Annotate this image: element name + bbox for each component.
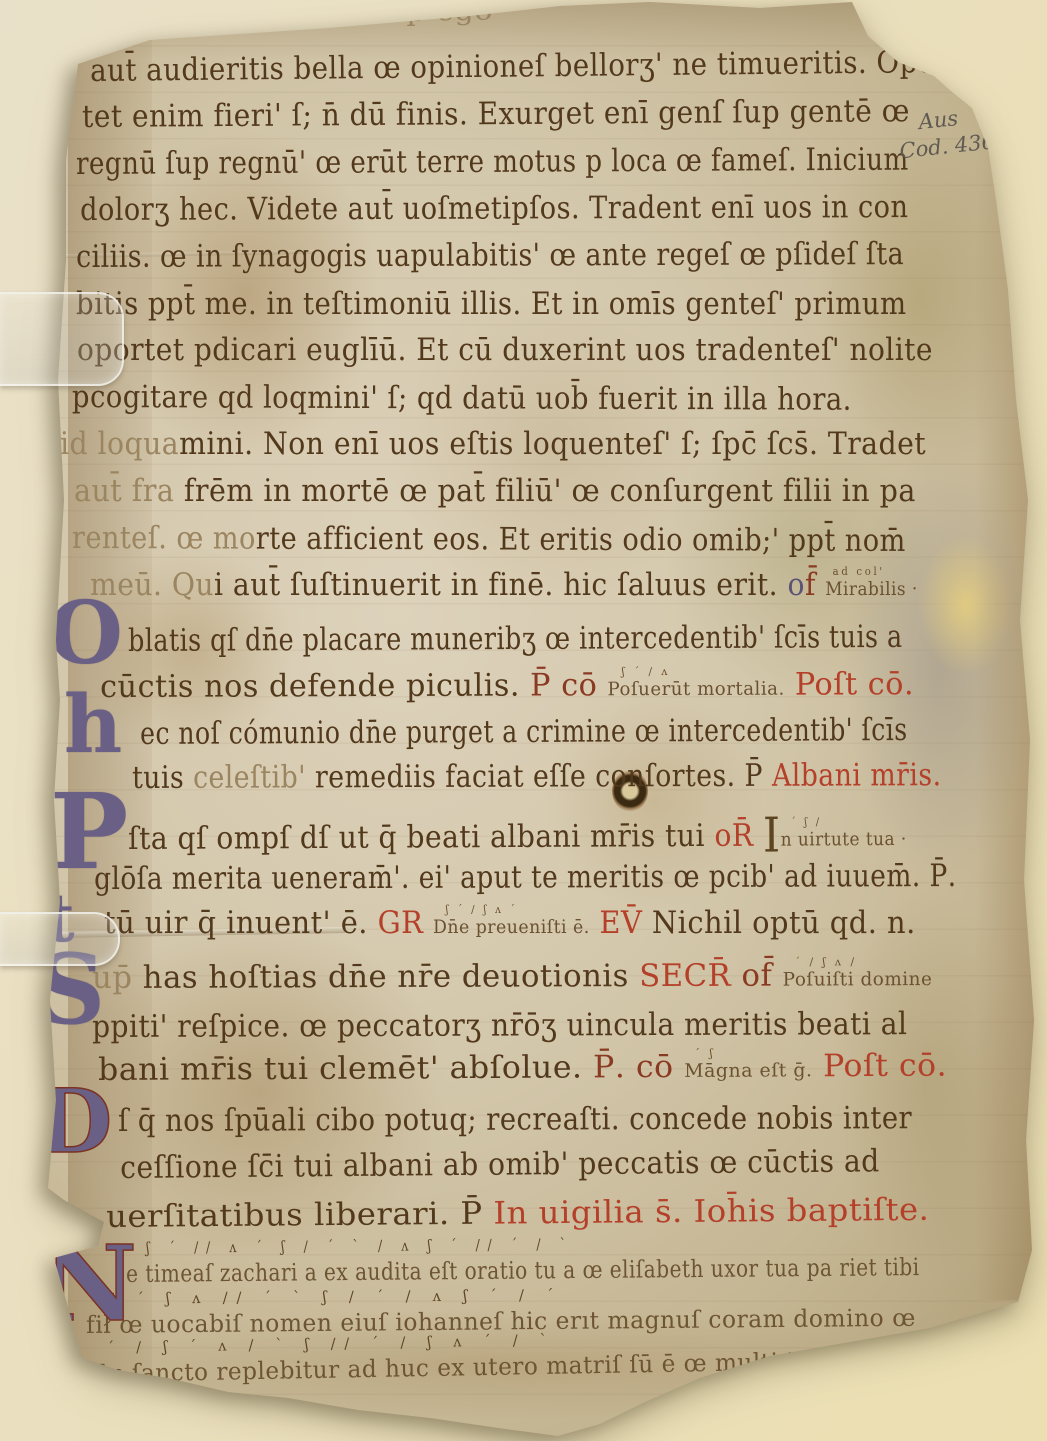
text-line-13: meū. Qui aut̄ ſuſtinuerit in finē. hic ſ…	[90, 570, 918, 601]
text-segment: I	[763, 808, 781, 864]
text-line-8: oportet pdicari euglīū. Et cū duxerint u…	[77, 335, 933, 366]
text-segment: Poſt cō.	[812, 1048, 947, 1085]
text-line-4: regnū ſup regnū' œ erūt terre motus p lo…	[76, 145, 909, 180]
text-segment: ceſſione ſc̄i tui albani ab omib' peccat…	[120, 1143, 880, 1186]
text-segment: GR	[378, 905, 433, 941]
text-segment: tuis	[132, 760, 193, 796]
text-segment: id loqua	[60, 426, 179, 462]
text-segment: Māgna eſt ḡ.ˊ ʃ	[684, 1060, 812, 1082]
text-segment: has hoſtias dn̄e nr̄e deuotionis	[143, 958, 640, 996]
text-line-9: pcogitare qd loqmini' ſ; qd datū uob̄ fu…	[72, 382, 852, 416]
text-segment: blatis qſ dn̄e placare muneribʒ œ interc…	[128, 619, 903, 659]
text-line-16: ec noſ cómunio dn̄e purget a crimine œ i…	[140, 715, 908, 750]
text-segment: ppiti' reſpice. œ peccatorʒ nr̄ōʒ uincul…	[92, 1006, 907, 1045]
text-segment: remediis faciat eſſe conſortes. P̄	[306, 758, 772, 796]
text-segment: Nichil optū qd. n.	[652, 905, 916, 941]
text-segment: n uirtute tua ·ˊ ʃ ∕	[781, 829, 907, 851]
text-line-15: cūctis nos defende piculis. P̄ cō Poſuer…	[100, 669, 914, 703]
text-segment: ıım ın nıea enıneſ p ego	[120, 0, 493, 32]
text-segment: ciliis. œ in ſynagogis uapulabitis' œ an…	[76, 236, 904, 275]
text-segment: aut̄ fra	[74, 473, 184, 509]
text-segment: P̄. cō	[593, 1049, 684, 1085]
neume-row: ∕ ˊ ʃ ʌ ∕∕ ˊ ˋ ʃ ∕ ˊ ∕ ʌ ʃ ˊ ∕ ˊ	[109, 1288, 562, 1307]
text-segment: i aut̄ ſuſtinuerit in finē. hic ſaluus e…	[214, 567, 787, 603]
decorated-initial-O: O	[48, 600, 123, 669]
decorated-initial-D: D	[36, 1086, 112, 1156]
text-segment: pcogitare qd loqmini' ſ; qd datū uob̄ fu…	[72, 379, 852, 418]
interlinear-marks: ˊ ʃ	[694, 1048, 715, 1059]
text-segment: ſta qſ ompſ dſ ut q̄ beati albani mr̄is …	[128, 818, 714, 857]
mounting-clip-top	[0, 292, 124, 386]
text-segment: cūctis nos defende piculis.	[100, 667, 530, 705]
stain-yellow-patch	[918, 535, 1013, 675]
text-line-12: renteſ. œ morte afficient eos. Et eritis…	[72, 523, 906, 557]
interlinear-marks: ˊ ʃ ∕	[791, 816, 822, 827]
mounting-clip-bottom	[0, 912, 120, 966]
text-segment: regnū ſup regnū' œ erūt terre motus p lo…	[76, 142, 909, 182]
text-segment: Dn̄e preueniſti ē.ʃ ˊ ∕ ʃ ʌ ˊ	[433, 917, 590, 938]
text-line-19: glōſa merita ueneram̄'. ei' aput te meri…	[94, 861, 957, 895]
text-line-1: ıım ın nıea enıneſ p ego	[120, 0, 493, 30]
decorated-initial-h: h	[64, 692, 122, 756]
text-segment: rte afficient eos. Et eritis odio omib;'…	[256, 521, 906, 559]
text-segment: celeſtib'	[193, 759, 306, 795]
neume-row: ʃ ˊ ∕∕ ʌ ˊ ʃ ∕ ˊ ˋ ∕ ʌ ʃ ˊ ∕∕ ˊ ∕ ˋ	[146, 1237, 574, 1256]
text-segment: of̄	[741, 958, 782, 994]
text-segment: mini. Non enī uos eſtis loquenteſ' ſ; ſp…	[179, 426, 926, 462]
text-segment: Poſuerūt mortalia.ʃ ˊ ∕ ʌ	[607, 679, 784, 701]
photo-backdrop: ıım ın nıea enıneſ p egoaut̄ audieritis …	[0, 0, 1047, 1441]
interlinear-marks: ˊ ∕ ʃ ʌ ∕	[795, 956, 858, 967]
text-segment: uerſitatibus liberari. P̄	[106, 1196, 494, 1235]
text-segment: tet enim fieri' ſ; n̄ dū finis. Exurget …	[82, 93, 910, 135]
parchment: ıım ın nıea enıneſ p egoaut̄ audieritis …	[0, 0, 1047, 1441]
text-segment: Mirabilis ·ad col'	[825, 579, 917, 600]
text-segment: dolorʒ hec. Videte aut̄ uoſmetipſos. Tra…	[80, 189, 908, 228]
text-line-3: tet enim fieri' ſ; n̄ dū finis. Exurget …	[82, 96, 910, 133]
text-segment: tū uir q̄ inuent' ē.	[104, 905, 378, 941]
text-line-17: tuis celeſtib' remediis faciat eſſe conſ…	[132, 760, 942, 794]
decorated-initial-N: N	[42, 1242, 137, 1325]
text-segment: P̄ cō	[530, 667, 607, 703]
text-segment: f̄	[805, 567, 825, 603]
text-line-5: dolorʒ hec. Videte aut̄ uoſmetipſos. Tra…	[80, 192, 908, 226]
text-segment: o	[788, 567, 805, 603]
decorated-initial-P: P	[50, 790, 128, 873]
text-segment: bani mr̄is tui clemēt' abſolue.	[98, 1049, 593, 1088]
stain-right-edge	[975, 90, 1037, 1300]
text-line-24: ſ q̄ nos ſpūali cibo potuq; recreaſti. c…	[118, 1103, 912, 1137]
text-segment: aut̄ audieritis bella œ opinioneſ bellor…	[90, 44, 935, 89]
text-segment: oportet pdicari euglīū. Et cū duxerint u…	[77, 332, 933, 368]
text-segment: SECR̄	[639, 958, 741, 994]
text-line-27: e timeaſ zachari a ex audita eſt oratio …	[126, 1255, 920, 1286]
text-segment: ſ q̄ nos ſpūali cibo potuq; recreaſti. c…	[118, 1100, 912, 1139]
text-segment: oR̄	[714, 818, 763, 854]
text-segment: Poſuiſti domineˊ ∕ ʃ ʌ ∕	[783, 969, 933, 991]
text-segment: frēm in mortē œ pat̄ filiū' œ conſurgent…	[184, 473, 916, 509]
text-segment: In uigilia s̄. Ioh̄is baptiſte.	[493, 1192, 929, 1232]
text-line-25: ceſſione ſc̄i tui albani ab omib' peccat…	[120, 1146, 880, 1184]
text-line-14: blatis qſ dn̄e placare muneribʒ œ interc…	[128, 622, 903, 657]
text-line-2: aut̄ audieritis bella œ opinioneſ bellor…	[90, 47, 935, 87]
text-line-26: uerſitatibus liberari. P̄ In uigilia s̄.…	[106, 1195, 930, 1233]
text-segment: bitis ppt̄ me. in teſtimoniū illis. Et i…	[76, 286, 907, 322]
text-segment: renteſ. œ mo	[72, 520, 256, 557]
interlinear-marks: ʃ ˊ ∕ ʃ ʌ ˊ	[446, 904, 518, 915]
text-segment: EV̄	[590, 905, 652, 941]
text-segment: Poſt cō.	[785, 666, 915, 702]
text-line-23: bani mr̄is tui clemēt' abſolue. P̄. cō M…	[98, 1051, 947, 1086]
text-line-6: ciliis. œ in ſynagogis uapulabitis' œ an…	[76, 239, 904, 273]
interlinear-marks: ad col'	[833, 566, 885, 577]
text-segment: Albani mr̄is.	[772, 757, 942, 794]
interlinear-marks: ʃ ˊ ∕ ʌ	[622, 666, 671, 677]
text-segment: e timeaſ zachari a ex audita eſt oratio …	[126, 1253, 920, 1288]
text-line-22: ppiti' reſpice. œ peccatorʒ nr̄ōʒ uincul…	[92, 1009, 907, 1043]
text-line-20: tū uir q̄ inuent' ē. GR Dn̄e preueniſti …	[104, 908, 916, 939]
text-line-10: id loquamini. Non enī uos eſtis loquente…	[60, 429, 926, 460]
shelfmark-note: Aus Cod. 436.	[895, 101, 1002, 166]
text-line-21: up̄ has hoſtias dn̄e nr̄e deuotionis SEC…	[92, 960, 932, 994]
text-line-29: ſp̄u ſancto replebitur ad huc ex utero m…	[84, 1347, 937, 1386]
text-segment: ec noſ cómunio dn̄e purget a crimine œ i…	[140, 712, 908, 752]
text-segment: glōſa merita ueneram̄'. ei' aput te meri…	[94, 858, 957, 897]
text-line-7: bitis ppt̄ me. in teſtimoniū illis. Et i…	[76, 289, 907, 320]
text-line-18: ſta qſ ompſ dſ ut q̄ beati albani mr̄is …	[128, 811, 907, 863]
text-line-11: aut̄ fra frēm in mortē œ pat̄ filiū' œ c…	[74, 476, 916, 507]
manuscript-leaf: ıım ın nıea enıneſ p egoaut̄ audieritis …	[0, 0, 1047, 1441]
